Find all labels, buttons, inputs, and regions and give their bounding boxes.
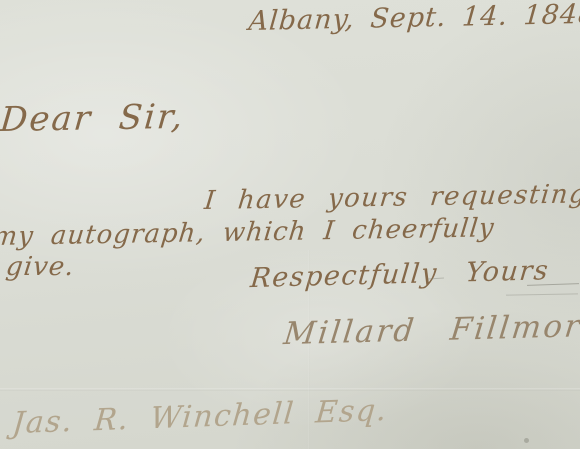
letter-paper: Albany, Sept. 14. 1848. Dear Sir, I have… bbox=[0, 0, 580, 449]
pencil-dash bbox=[506, 293, 578, 295]
fold-crease-horizontal bbox=[0, 388, 580, 391]
closing: Respectfully Yours bbox=[249, 255, 551, 294]
signature-millard-fillmore: Millard Fillmore bbox=[282, 308, 580, 352]
salutation: Dear Sir, bbox=[0, 97, 186, 140]
body-line-1: I have yours requesting bbox=[203, 179, 580, 216]
fold-crease-vertical bbox=[308, 250, 310, 449]
recipient-address: Jas. R. Winchell Esq. bbox=[11, 393, 389, 441]
dateline: Albany, Sept. 14. 1848. bbox=[247, 0, 580, 37]
body-line-3: give. bbox=[4, 252, 76, 282]
paper-speck bbox=[524, 438, 529, 443]
body-line-2: my autograph, which I cheerfully bbox=[0, 213, 496, 252]
